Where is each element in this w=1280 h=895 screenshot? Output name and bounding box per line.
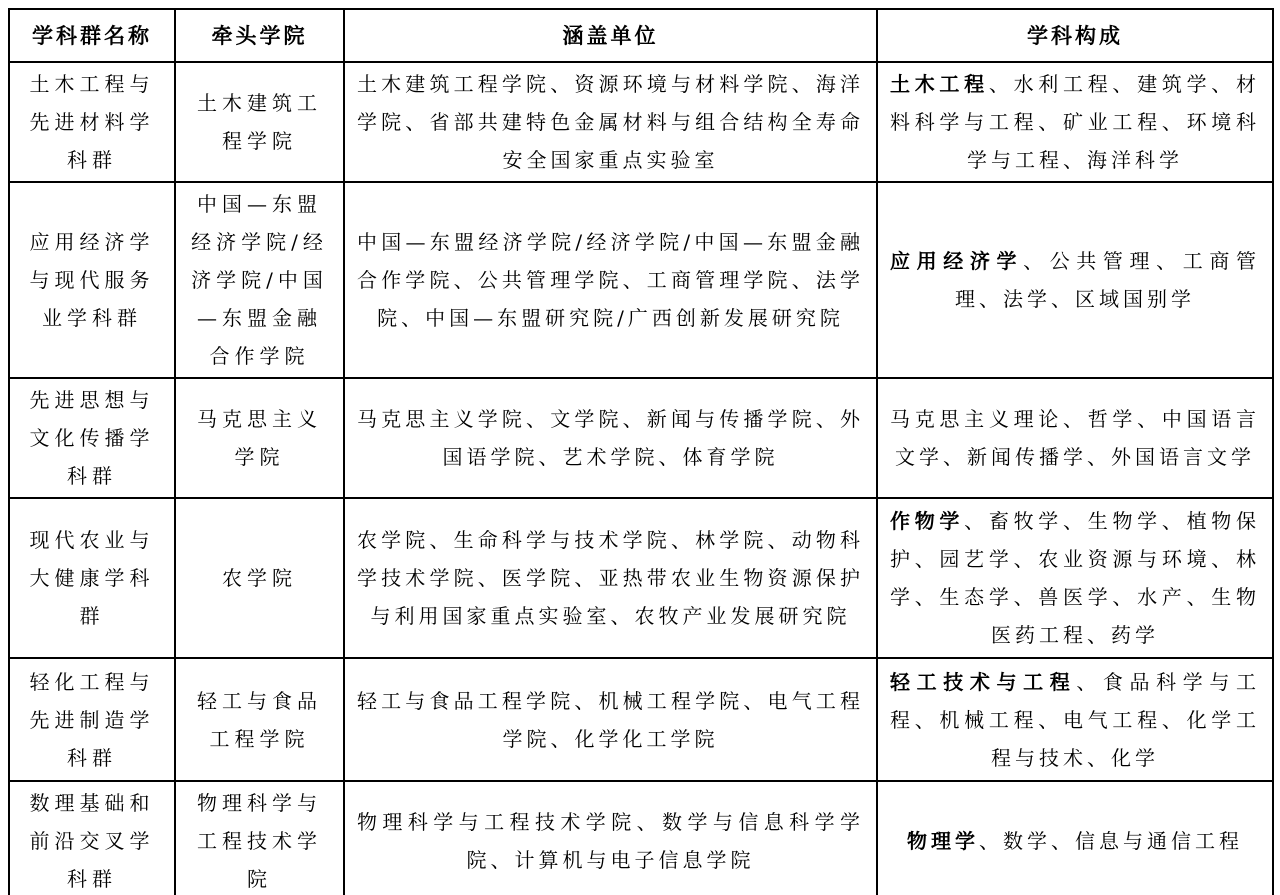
lead-college-cell: 中国—东盟经济学院/经济学院/中国—东盟金融合作学院 [175, 182, 344, 378]
group-name-cell: 数理基础和前沿交叉学科群 [9, 781, 175, 895]
table-header: 学科群名称 牵头学院 涵盖单位 学科构成 [9, 9, 1273, 62]
header-group-name: 学科群名称 [9, 9, 175, 62]
primary-discipline: 作物学 [890, 509, 964, 533]
group-name-cell: 土木工程与先进材料学科群 [9, 62, 175, 182]
lead-college-cell: 农学院 [175, 498, 344, 658]
discipline-composition-cell: 作物学、畜牧学、生物学、植物保护、园艺学、农业资源与环境、林学、生态学、兽医学、… [877, 498, 1273, 658]
header-discipline-composition: 学科构成 [877, 9, 1273, 62]
primary-discipline: 应用经济学 [890, 249, 1023, 273]
header-lead-college: 牵头学院 [175, 9, 344, 62]
header-covered-units: 涵盖单位 [344, 9, 877, 62]
primary-discipline: 土木工程 [890, 72, 989, 96]
table-row: 先进思想与文化传播学科群 马克思主义学院 马克思主义学院、文学院、新闻与传播学院… [9, 378, 1273, 498]
other-disciplines: 马克思主义理论、哲学、中国语言文学、新闻传播学、外国语言文学 [890, 407, 1260, 469]
table-row: 土木工程与先进材料学科群 土木建筑工程学院 土木建筑工程学院、资源环境与材料学院… [9, 62, 1273, 182]
lead-college-cell: 土木建筑工程学院 [175, 62, 344, 182]
table-body: 土木工程与先进材料学科群 土木建筑工程学院 土木建筑工程学院、资源环境与材料学院… [9, 62, 1273, 895]
covered-units-cell: 轻工与食品工程学院、机械工程学院、电气工程学院、化学化工学院 [344, 658, 877, 781]
group-name-cell: 现代农业与大健康学科群 [9, 498, 175, 658]
discipline-composition-cell: 土木工程、水利工程、建筑学、材料科学与工程、矿业工程、环境科学与工程、海洋科学 [877, 62, 1273, 182]
covered-units-cell: 马克思主义学院、文学院、新闻与传播学院、外国语学院、艺术学院、体育学院 [344, 378, 877, 498]
primary-discipline: 轻工技术与工程 [890, 670, 1076, 694]
table-row: 现代农业与大健康学科群 农学院 农学院、生命科学与技术学院、林学院、动物科学技术… [9, 498, 1273, 658]
covered-units-cell: 中国—东盟经济学院/经济学院/中国—东盟金融合作学院、公共管理学院、工商管理学院… [344, 182, 877, 378]
primary-discipline: 物理学 [907, 829, 979, 853]
group-name-cell: 应用经济学与现代服务业学科群 [9, 182, 175, 378]
lead-college-cell: 马克思主义学院 [175, 378, 344, 498]
covered-units-cell: 土木建筑工程学院、资源环境与材料学院、海洋学院、省部共建特色金属材料与组合结构全… [344, 62, 877, 182]
group-name-cell: 先进思想与文化传播学科群 [9, 378, 175, 498]
discipline-composition-cell: 应用经济学、公共管理、工商管理、法学、区域国别学 [877, 182, 1273, 378]
discipline-composition-cell: 物理学、数学、信息与通信工程 [877, 781, 1273, 895]
lead-college-cell: 物理科学与工程技术学院 [175, 781, 344, 895]
group-name-cell: 轻化工程与先进制造学科群 [9, 658, 175, 781]
discipline-group-table: 学科群名称 牵头学院 涵盖单位 学科构成 土木工程与先进材料学科群 土木建筑工程… [8, 8, 1274, 895]
discipline-composition-cell: 马克思主义理论、哲学、中国语言文学、新闻传播学、外国语言文学 [877, 378, 1273, 498]
table-row: 轻化工程与先进制造学科群 轻工与食品工程学院 轻工与食品工程学院、机械工程学院、… [9, 658, 1273, 781]
table-row: 应用经济学与现代服务业学科群 中国—东盟经济学院/经济学院/中国—东盟金融合作学… [9, 182, 1273, 378]
covered-units-cell: 物理科学与工程技术学院、数学与信息科学学院、计算机与电子信息学院 [344, 781, 877, 895]
document-page: 学科群名称 牵头学院 涵盖单位 学科构成 土木工程与先进材料学科群 土木建筑工程… [0, 0, 1280, 895]
lead-college-cell: 轻工与食品工程学院 [175, 658, 344, 781]
table-row: 数理基础和前沿交叉学科群 物理科学与工程技术学院 物理科学与工程技术学院、数学与… [9, 781, 1273, 895]
covered-units-cell: 农学院、生命科学与技术学院、林学院、动物科学技术学院、医学院、亚热带农业生物资源… [344, 498, 877, 658]
header-row: 学科群名称 牵头学院 涵盖单位 学科构成 [9, 9, 1273, 62]
discipline-composition-cell: 轻工技术与工程、食品科学与工程、机械工程、电气工程、化学工程与技术、化学 [877, 658, 1273, 781]
other-disciplines: 、数学、信息与通信工程 [979, 829, 1243, 853]
